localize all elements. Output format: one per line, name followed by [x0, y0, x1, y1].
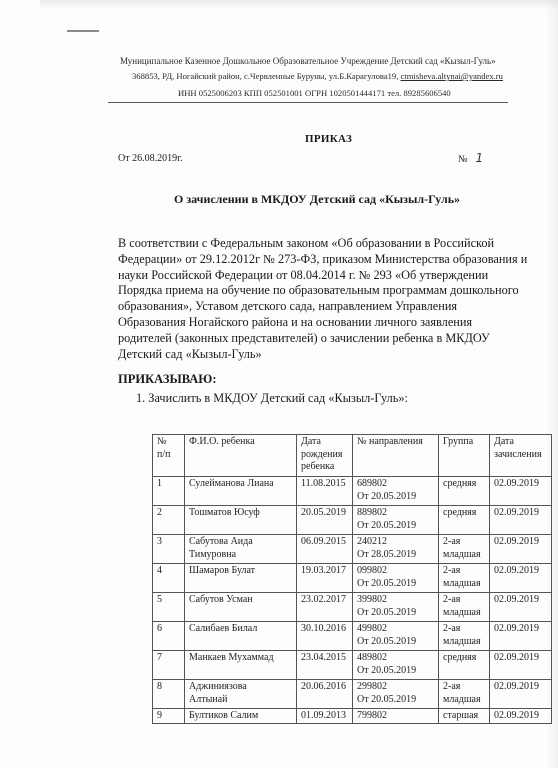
- table-row: 8 АджиниязоваАлтынай 20.06.2016 299802От…: [153, 680, 552, 709]
- decree-item-1: 1. Зачислить в МКДОУ Детский сад «Кызыл-…: [136, 391, 408, 406]
- decree-heading: ПРИКАЗЫВАЮ:: [118, 372, 217, 387]
- cell-group: средняя: [439, 477, 490, 506]
- document-page: Муниципальное Казенное Дошкольное Образо…: [0, 0, 558, 768]
- cell-group: 2-аямладшая: [439, 622, 490, 651]
- cell-referral: 799802: [353, 709, 439, 724]
- cell-name: Шамаров Булат: [185, 564, 297, 593]
- cell-name: АджиниязоваАлтынай: [185, 680, 297, 709]
- cell-birth: 01.09.2013: [297, 709, 353, 724]
- header-enroll-date: Датазачисления: [490, 435, 552, 477]
- table-header-row: №п/п Ф.И.О. ребенка Датарожденияребенка …: [153, 435, 552, 477]
- cell-referral: 240212От 28.05.2019: [353, 535, 439, 564]
- table-row: 1 Сулейманова Лиана 11.08.2015 689802От …: [153, 477, 552, 506]
- order-number-label: №: [458, 154, 468, 165]
- header-divider: [108, 102, 508, 103]
- order-number: №1: [458, 151, 483, 165]
- cell-group: 2-аямладшая: [439, 535, 490, 564]
- header-birth-date: Датарожденияребенка: [297, 435, 353, 477]
- cell-enrolled: 02.09.2019: [490, 593, 552, 622]
- cell-name: Манкаев Мухаммад: [185, 651, 297, 680]
- preamble-line: Федерации» от 29.12.2012г № 273-ФЗ, прик…: [118, 252, 548, 268]
- table-row: 6 Салибаев Билал 30.10.2016 499802От 20.…: [153, 622, 552, 651]
- cell-referral: 299802От 20.05.2019: [353, 680, 439, 709]
- cell-referral: 399802От 20.05.2019: [353, 593, 439, 622]
- cell-enrolled: 02.09.2019: [490, 535, 552, 564]
- cell-group: 2-аямладшая: [439, 680, 490, 709]
- table-row: 9 Бултиков Салим 01.09.2013 799802 старш…: [153, 709, 552, 724]
- cell-group: средняя: [439, 651, 490, 680]
- header-referral: № направления: [353, 435, 439, 477]
- order-date: От 26.08.2019г.: [118, 153, 183, 164]
- order-title: ПРИКАЗ: [305, 133, 352, 145]
- preamble-line: Образования Ногайского района и на основ…: [118, 315, 548, 331]
- preamble-line: Порядка приема на обучение по образовате…: [118, 283, 548, 299]
- cell-birth: 30.10.2016: [297, 622, 353, 651]
- cell-birth: 23.04.2015: [297, 651, 353, 680]
- letterhead-address: 368853, РД, Ногайский район, с.Червленны…: [132, 71, 552, 81]
- cell-group: средняя: [439, 506, 490, 535]
- cell-num: 3: [153, 535, 185, 564]
- preamble-line: Детский сад «Кызыл-Гуль»: [118, 347, 548, 363]
- cell-num: 4: [153, 564, 185, 593]
- cell-num: 6: [153, 622, 185, 651]
- table-row: 7 Манкаев Мухаммад 23.04.2015 489802От 2…: [153, 651, 552, 680]
- cell-referral: 489802От 20.05.2019: [353, 651, 439, 680]
- cell-group: 2-аямладшая: [439, 564, 490, 593]
- letterhead-requisites: ИНН 0525006203 КПП 052501001 ОГРН 102050…: [178, 88, 518, 98]
- email-link[interactable]: ctmisheva.altynai@yandex.ru: [401, 71, 503, 81]
- table-row: 4 Шамаров Булат 19.03.2017 099802От 20.0…: [153, 564, 552, 593]
- header-name: Ф.И.О. ребенка: [185, 435, 297, 477]
- cell-birth: 23.02.2017: [297, 593, 353, 622]
- cell-enrolled: 02.09.2019: [490, 680, 552, 709]
- cell-group: старшая: [439, 709, 490, 724]
- order-number-value: 1: [476, 151, 484, 165]
- header-group: Группа: [439, 435, 490, 477]
- cell-birth: 20.05.2019: [297, 506, 353, 535]
- cell-name: Сабутова АидаТимуровна: [185, 535, 297, 564]
- preamble-line: образования», Уставом детского сада, нап…: [118, 299, 548, 315]
- scan-shadow: [40, 0, 558, 10]
- cell-num: 5: [153, 593, 185, 622]
- cell-enrolled: 02.09.2019: [490, 477, 552, 506]
- cell-name: Бултиков Салим: [185, 709, 297, 724]
- cell-birth: 11.08.2015: [297, 477, 353, 506]
- cell-birth: 20.06.2016: [297, 680, 353, 709]
- order-subject: О зачислении в МКДОУ Детский сад «Кызыл-…: [174, 192, 460, 207]
- header-num: №п/п: [153, 435, 185, 477]
- cell-name: Тошматов Юсуф: [185, 506, 297, 535]
- cell-num: 1: [153, 477, 185, 506]
- preamble-line: В соответствии с Федеральным законом «Об…: [118, 236, 548, 252]
- table-row: 3 Сабутова АидаТимуровна 06.09.2015 2402…: [153, 535, 552, 564]
- cell-name: Сулейманова Лиана: [185, 477, 297, 506]
- cell-referral: 499802От 20.05.2019: [353, 622, 439, 651]
- cell-name: Сабутов Усман: [185, 593, 297, 622]
- cell-num: 2: [153, 506, 185, 535]
- cell-num: 9: [153, 709, 185, 724]
- cell-birth: 06.09.2015: [297, 535, 353, 564]
- cell-num: 7: [153, 651, 185, 680]
- table-row: 5 Сабутов Усман 23.02.2017 399802От 20.0…: [153, 593, 552, 622]
- table-row: 2 Тошматов Юсуф 20.05.2019 889802От 20.0…: [153, 506, 552, 535]
- preamble-line: родителей (законных представителей) о за…: [118, 331, 548, 347]
- preamble-line: науки Российской Федерации от 08.04.2014…: [118, 268, 548, 284]
- cell-birth: 19.03.2017: [297, 564, 353, 593]
- corner-mark: [67, 30, 99, 32]
- cell-enrolled: 02.09.2019: [490, 651, 552, 680]
- cell-enrolled: 02.09.2019: [490, 506, 552, 535]
- cell-name: Салибаев Билал: [185, 622, 297, 651]
- cell-enrolled: 02.09.2019: [490, 709, 552, 724]
- cell-enrolled: 02.09.2019: [490, 564, 552, 593]
- letterhead-org-name: Муниципальное Казенное Дошкольное Образо…: [120, 56, 520, 66]
- cell-num: 8: [153, 680, 185, 709]
- cell-enrolled: 02.09.2019: [490, 622, 552, 651]
- cell-referral: 099802От 20.05.2019: [353, 564, 439, 593]
- enrollment-table: №п/п Ф.И.О. ребенка Датарожденияребенка …: [152, 434, 552, 724]
- address-text: 368853, РД, Ногайский район, с.Червленны…: [132, 71, 401, 81]
- cell-referral: 689802От 20.05.2019: [353, 477, 439, 506]
- cell-group: 2-аямладшая: [439, 593, 490, 622]
- order-preamble: В соответствии с Федеральным законом «Об…: [118, 236, 548, 362]
- cell-referral: 889802От 20.05.2019: [353, 506, 439, 535]
